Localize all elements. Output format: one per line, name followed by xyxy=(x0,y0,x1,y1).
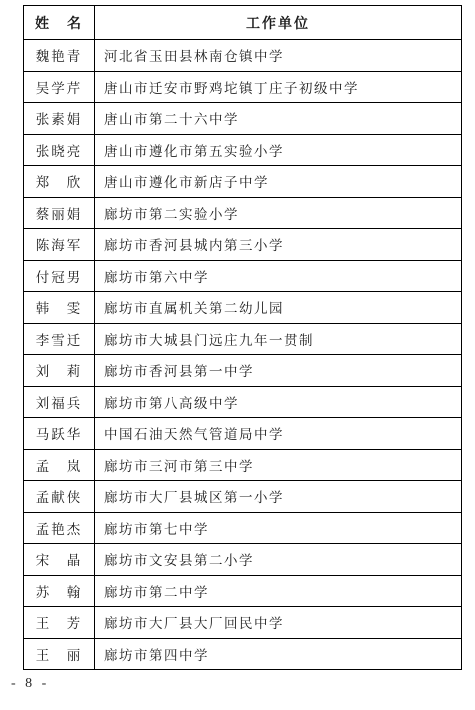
table-row: 刘福兵 廊坊市第八高级中学 xyxy=(24,386,462,418)
table-row: 陈海军 廊坊市香河县城内第三小学 xyxy=(24,229,462,261)
table-row: 付冠男 廊坊市第六中学 xyxy=(24,260,462,292)
roster-table: 姓 名 工作单位 魏艳青 河北省玉田县林南仓镇中学 吴学芹 唐山市迁安市野鸡坨镇… xyxy=(23,5,462,670)
table-row: 苏 翰 廊坊市第二中学 xyxy=(24,575,462,607)
name-cell: 刘 莉 xyxy=(24,355,95,387)
unit-cell: 中国石油天然气管道局中学 xyxy=(95,418,462,450)
unit-cell: 廊坊市大厂县大厂回民中学 xyxy=(95,607,462,639)
name-cell: 张晓亮 xyxy=(24,134,95,166)
unit-cell: 廊坊市第四中学 xyxy=(95,638,462,670)
unit-cell: 唐山市第二十六中学 xyxy=(95,103,462,135)
name-cell: 王 芳 xyxy=(24,607,95,639)
table-row: 孟献侠 廊坊市大厂县城区第一小学 xyxy=(24,481,462,513)
table-row: 王 芳 廊坊市大厂县大厂回民中学 xyxy=(24,607,462,639)
name-cell: 张素娟 xyxy=(24,103,95,135)
unit-cell: 廊坊市直属机关第二幼儿园 xyxy=(95,292,462,324)
unit-cell: 廊坊市第八高级中学 xyxy=(95,386,462,418)
name-cell: 刘福兵 xyxy=(24,386,95,418)
document-page: 姓 名 工作单位 魏艳青 河北省玉田县林南仓镇中学 吴学芹 唐山市迁安市野鸡坨镇… xyxy=(0,0,475,710)
table-row: 马跃华 中国石油天然气管道局中学 xyxy=(24,418,462,450)
column-header-name: 姓 名 xyxy=(24,6,95,40)
unit-cell: 唐山市迁安市野鸡坨镇丁庄子初级中学 xyxy=(95,71,462,103)
unit-cell: 廊坊市香河县第一中学 xyxy=(95,355,462,387)
table-row: 张素娟 唐山市第二十六中学 xyxy=(24,103,462,135)
name-cell: 陈海军 xyxy=(24,229,95,261)
table-row: 韩 雯 廊坊市直属机关第二幼儿园 xyxy=(24,292,462,324)
name-cell: 韩 雯 xyxy=(24,292,95,324)
name-cell: 孟献侠 xyxy=(24,481,95,513)
unit-cell: 唐山市遵化市第五实验小学 xyxy=(95,134,462,166)
name-cell: 付冠男 xyxy=(24,260,95,292)
table-row: 刘 莉 廊坊市香河县第一中学 xyxy=(24,355,462,387)
table-row: 王 丽 廊坊市第四中学 xyxy=(24,638,462,670)
page-number: - 8 - xyxy=(11,676,49,692)
table-row: 宋 晶 廊坊市文安县第二小学 xyxy=(24,544,462,576)
name-cell: 孟 岚 xyxy=(24,449,95,481)
name-cell: 吴学芹 xyxy=(24,71,95,103)
name-cell: 孟艳杰 xyxy=(24,512,95,544)
unit-cell: 河北省玉田县林南仓镇中学 xyxy=(95,40,462,72)
table-row: 魏艳青 河北省玉田县林南仓镇中学 xyxy=(24,40,462,72)
table-row: 蔡丽娟 廊坊市第二实验小学 xyxy=(24,197,462,229)
name-cell: 宋 晶 xyxy=(24,544,95,576)
table-row: 孟 岚 廊坊市三河市第三中学 xyxy=(24,449,462,481)
unit-cell: 廊坊市大城县门远庄九年一贯制 xyxy=(95,323,462,355)
unit-cell: 廊坊市文安县第二小学 xyxy=(95,544,462,576)
name-cell: 蔡丽娟 xyxy=(24,197,95,229)
unit-cell: 廊坊市第二实验小学 xyxy=(95,197,462,229)
table-row: 张晓亮 唐山市遵化市第五实验小学 xyxy=(24,134,462,166)
table-row: 李雪迁 廊坊市大城县门远庄九年一贯制 xyxy=(24,323,462,355)
name-cell: 马跃华 xyxy=(24,418,95,450)
unit-cell: 廊坊市第七中学 xyxy=(95,512,462,544)
unit-cell: 廊坊市三河市第三中学 xyxy=(95,449,462,481)
table-row: 郑 欣 唐山市遵化市新店子中学 xyxy=(24,166,462,198)
unit-cell: 廊坊市第二中学 xyxy=(95,575,462,607)
table-row: 孟艳杰 廊坊市第七中学 xyxy=(24,512,462,544)
unit-cell: 廊坊市香河县城内第三小学 xyxy=(95,229,462,261)
column-header-unit: 工作单位 xyxy=(95,6,462,40)
name-cell: 魏艳青 xyxy=(24,40,95,72)
name-cell: 郑 欣 xyxy=(24,166,95,198)
name-cell: 李雪迁 xyxy=(24,323,95,355)
name-cell: 苏 翰 xyxy=(24,575,95,607)
unit-cell: 廊坊市第六中学 xyxy=(95,260,462,292)
unit-cell: 廊坊市大厂县城区第一小学 xyxy=(95,481,462,513)
name-cell: 王 丽 xyxy=(24,638,95,670)
table-header-row: 姓 名 工作单位 xyxy=(24,6,462,40)
table-row: 吴学芹 唐山市迁安市野鸡坨镇丁庄子初级中学 xyxy=(24,71,462,103)
unit-cell: 唐山市遵化市新店子中学 xyxy=(95,166,462,198)
